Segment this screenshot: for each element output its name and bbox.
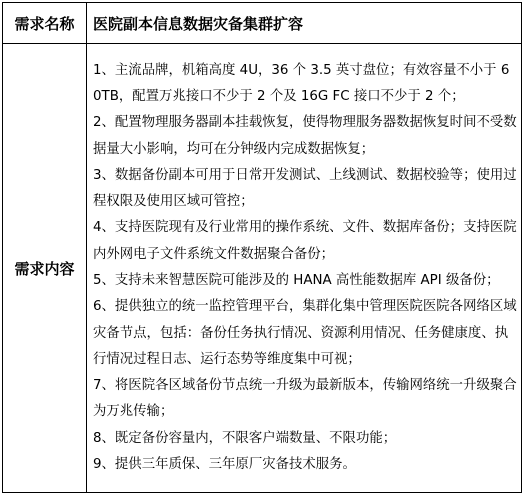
requirement-name-row: 需求名称 医院副本信息数据灾备集群扩容 [3, 3, 522, 44]
requirement-content-row: 需求内容 1、主流品牌，机箱高度 4U，36 个 3.5 英寸盘位；有效容量不小… [3, 44, 522, 493]
requirement-content-label: 需求内容 [3, 44, 87, 493]
requirement-item-6: 6、提供独立的统一监控管理平台，集群化集中管理医院医院各网络区域灾备节点，包括：… [93, 294, 517, 373]
requirement-name-label: 需求名称 [3, 3, 87, 44]
requirement-item-7: 7、将医院各区域备份节点统一升级为最新版本，传输网络统一升级聚合为万兆传输； [93, 373, 517, 426]
requirement-item-1: 1、主流品牌，机箱高度 4U，36 个 3.5 英寸盘位；有效容量不小于 60T… [93, 58, 517, 111]
requirement-name-value: 医院副本信息数据灾备集群扩容 [87, 3, 522, 44]
requirements-table: 需求名称 医院副本信息数据灾备集群扩容 需求内容 1、主流品牌，机箱高度 4U，… [2, 2, 522, 493]
requirement-item-2: 2、配置物理服务器副本挂载恢复，使得物理服务器数据恢复时间不受数据量大小影响，均… [93, 110, 517, 163]
requirement-item-8: 8、既定备份容量内，不限客户端数量、不限功能； [93, 426, 517, 452]
requirement-content-list: 1、主流品牌，机箱高度 4U，36 个 3.5 英寸盘位；有效容量不小于 60T… [87, 44, 522, 493]
requirement-item-9: 9、提供三年质保、三年原厂灾备技术服务。 [93, 452, 517, 478]
requirement-item-4: 4、支持医院现有及行业常用的操作系统、文件、数据库备份；支持医院内外网电子文件系… [93, 215, 517, 268]
requirement-item-3: 3、数据备份副本可用于日常开发测试、上线测试、数据校验等；使用过程权限及使用区域… [93, 163, 517, 216]
requirement-item-5: 5、支持未来智慧医院可能涉及的 HANA 高性能数据库 API 级备份； [93, 268, 517, 294]
